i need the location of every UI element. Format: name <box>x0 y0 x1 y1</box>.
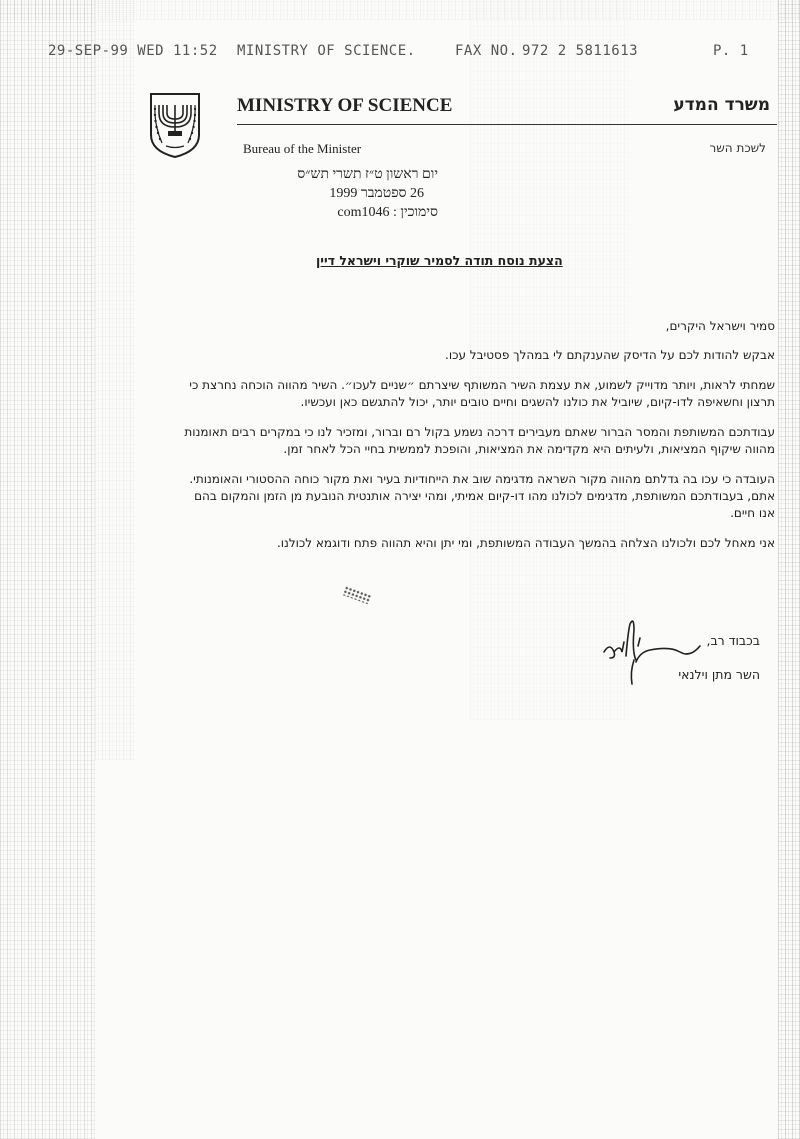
letter-closing: בכבוד רב, השר מתן וילנאי <box>678 624 760 692</box>
fax-noise-top <box>0 0 800 20</box>
letter-paragraph: אבקש להודות לכם על הדיסק שהענקתם לי במהל… <box>175 347 775 364</box>
bureau-hebrew: לשכת השר <box>710 141 766 155</box>
ink-smudge <box>342 586 372 605</box>
letter-paragraph: שמחתי לראות, ויותר מדוייק לשמוע, את עצמת… <box>175 377 775 411</box>
fax-transmission-header: 29-SEP-99 WED 11:52 MINISTRY OF SCIENCE.… <box>0 43 800 63</box>
fax-page-number: P. 1 <box>713 43 749 59</box>
letter-paragraph: עבודתכם המשותפת והמסר הברור שאתם מעבירים… <box>175 424 775 458</box>
letter-paragraph: אני מאחל לכם ולכולנו הצלחה בהמשך העבודה … <box>175 535 775 552</box>
date-block: יום ראשון ט״ז תשרי תש״ס 26 ספטמבר 1999 ס… <box>258 165 438 222</box>
letter-paragraph: העובדה כי עכו בה גדלתם מהווה מקור השראה … <box>175 471 775 522</box>
fax-number-label: FAX NO. <box>455 43 518 59</box>
state-emblem-menorah-icon <box>148 91 202 159</box>
fax-noise-left <box>0 0 95 1139</box>
fax-noise-left-faint <box>95 0 135 760</box>
letterhead-divider <box>237 124 777 125</box>
closing-regards: בכבוד רב, <box>678 624 760 658</box>
hebrew-date: יום ראשון ט״ז תשרי תש״ס <box>258 165 438 184</box>
letter-body: סמיר וישראל היקרים, אבקש להודות לכם על ה… <box>175 318 775 565</box>
fax-datetime: 29-SEP-99 WED 11:52 <box>48 43 218 59</box>
letter-greeting: סמיר וישראל היקרים, <box>175 318 775 335</box>
fax-number: 972 2 5811613 <box>522 43 638 59</box>
letterhead-title-english: MINISTRY OF SCIENCE <box>237 95 452 117</box>
gregorian-date: 26 ספטמבר 1999 <box>258 184 438 203</box>
fax-noise-right <box>778 0 800 1139</box>
fax-sender: MINISTRY OF SCIENCE. <box>237 43 416 59</box>
letter-subject: הצעת נוסח תודה לסמיר שוקרי וישראל דיין <box>316 253 563 268</box>
signatory-name: השר מתן וילנאי <box>678 658 760 692</box>
reference-number: סימוכין : com1046 <box>258 203 438 222</box>
bureau-english: Bureau of the Minister <box>243 141 361 157</box>
letterhead-title-hebrew: משרד המדע <box>673 95 770 115</box>
